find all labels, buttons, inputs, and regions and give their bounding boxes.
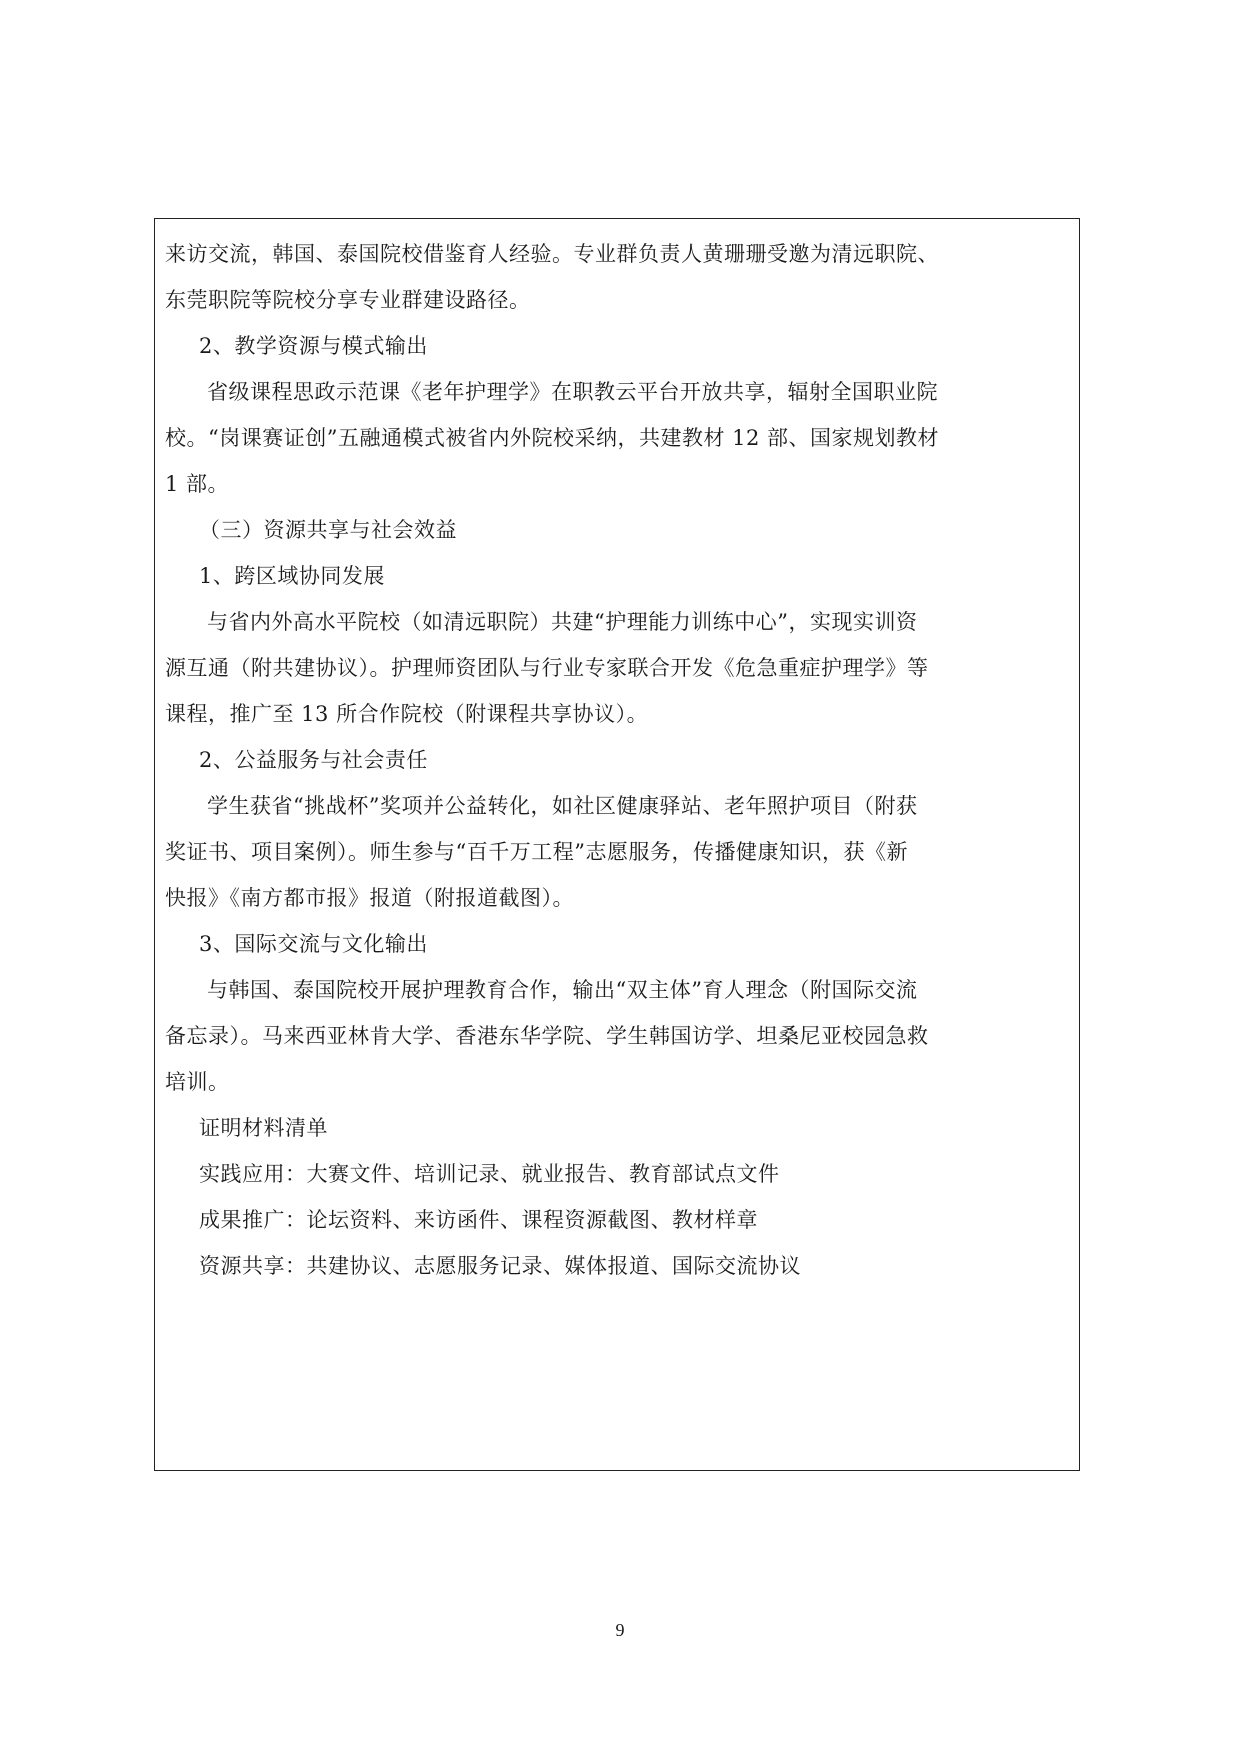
paragraph-line: 校。“岗课赛证创”五融通模式被省内外院校采纳，共建教材 12 部、国家规划教材 <box>165 415 1069 461</box>
evidence-list-item: 实践应用：大赛文件、培训记录、就业报告、教育部试点文件 <box>165 1151 1069 1197</box>
paragraph-line: 学生获省“挑战杯”奖项并公益转化，如社区健康驿站、老年照护项目（附获 <box>165 783 1069 829</box>
paragraph-line: 奖证书、项目案例）。师生参与“百千万工程”志愿服务，传播健康知识，获《新 <box>165 829 1069 875</box>
document-body: 来访交流，韩国、泰国院校借鉴育人经验。专业群负责人黄珊珊受邀为清远职院、 东莞职… <box>155 231 1079 1289</box>
section-heading: 1、跨区域协同发展 <box>165 553 1069 599</box>
paragraph-line: 快报》《南方都市报》报道（附报道截图）。 <box>165 875 1069 921</box>
section-heading: 2、教学资源与模式输出 <box>165 323 1069 369</box>
evidence-list-item: 资源共享：共建协议、志愿服务记录、媒体报道、国际交流协议 <box>165 1243 1069 1289</box>
paragraph-line: 源互通（附共建协议）。护理师资团队与行业专家联合开发《危急重症护理学》等 <box>165 645 1069 691</box>
paragraph-line: 1 部。 <box>165 461 1069 507</box>
paragraph-line: 备忘录）。马来西亚林肯大学、香港东华学院、学生韩国访学、坦桑尼亚校园急救 <box>165 1013 1069 1059</box>
paragraph-line: 东莞职院等院校分享专业群建设路径。 <box>165 277 1069 323</box>
paragraph-line: 课程，推广至 13 所合作院校（附课程共享协议）。 <box>165 691 1069 737</box>
paragraph-line: 来访交流，韩国、泰国院校借鉴育人经验。专业群负责人黄珊珊受邀为清远职院、 <box>165 231 1069 277</box>
paragraph-line: 与韩国、泰国院校开展护理教育合作，输出“双主体”育人理念（附国际交流 <box>165 967 1069 1013</box>
paragraph-line: 培训。 <box>165 1059 1069 1105</box>
evidence-list-item: 成果推广：论坛资料、来访函件、课程资源截图、教材样章 <box>165 1197 1069 1243</box>
page-number: 9 <box>0 1620 1240 1641</box>
section-heading: 2、公益服务与社会责任 <box>165 737 1069 783</box>
document-table-cell: 来访交流，韩国、泰国院校借鉴育人经验。专业群负责人黄珊珊受邀为清远职院、 东莞职… <box>154 218 1080 1471</box>
section-heading: （三）资源共享与社会效益 <box>165 507 1069 553</box>
section-heading: 3、国际交流与文化输出 <box>165 921 1069 967</box>
paragraph-line: 与省内外高水平院校（如清远职院）共建“护理能力训练中心”，实现实训资 <box>165 599 1069 645</box>
evidence-list-heading: 证明材料清单 <box>165 1105 1069 1151</box>
paragraph-line: 省级课程思政示范课《老年护理学》在职教云平台开放共享，辐射全国职业院 <box>165 369 1069 415</box>
